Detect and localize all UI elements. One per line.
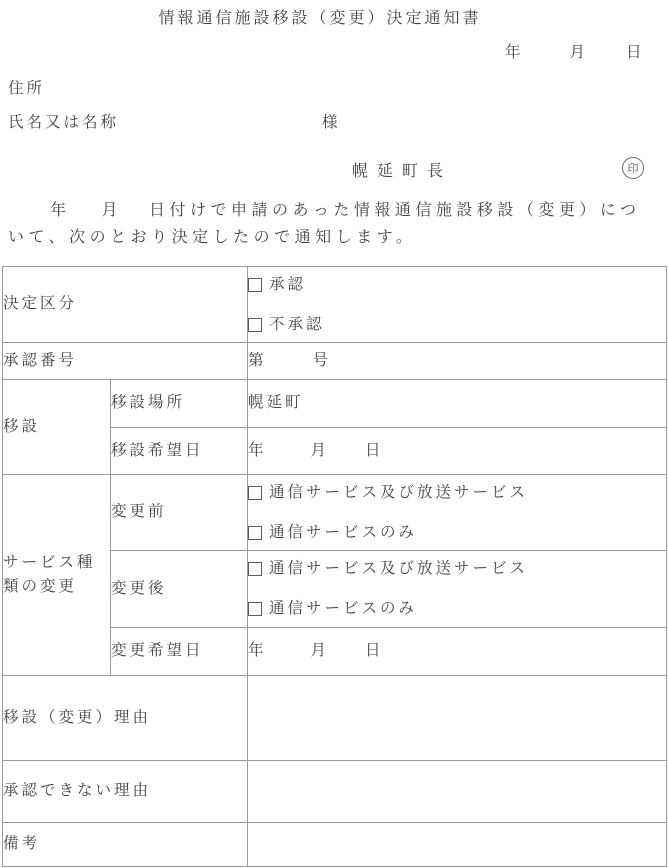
approval-number-label-cell: 承認番号: [3, 343, 248, 380]
approval-number-suffix: 号: [313, 352, 332, 369]
address-label: 住所: [8, 76, 45, 98]
table-row-remarks: 備考: [3, 823, 667, 867]
relocation-date-label: 移設希望日: [111, 442, 204, 459]
approval-number-value-cell: 第号: [248, 343, 667, 380]
relocation-reason-label-cell: 移設（変更）理由: [3, 676, 248, 761]
seal-label: 印: [628, 160, 639, 176]
document-page: 情報通信施設移設（変更）決定通知書 年月日 住所 氏名又は名称様 幌延町長 印 …: [0, 0, 668, 868]
service-after-label-cell: 変更後: [111, 551, 248, 628]
decision-option-approve: 承認: [248, 274, 666, 296]
issue-date-year-label: 年: [505, 44, 521, 61]
rejection-reason-label-cell: 承認できない理由: [3, 761, 248, 823]
option-label: 不承認: [269, 313, 325, 337]
relocation-date-value-cell: 年月日: [248, 428, 667, 475]
relocation-place-value-cell: 幌延町: [248, 380, 667, 428]
rejection-reason-label: 承認できない理由: [3, 782, 151, 799]
issue-date-day-label: 日: [626, 44, 642, 61]
decision-label-cell: 決定区分: [3, 267, 248, 343]
option-label: 承認: [269, 273, 306, 297]
honorific-label: 様: [322, 114, 341, 131]
approval-number-prefix: 第: [248, 352, 267, 369]
table-row-relocation-place: 移設 移設場所 幌延町: [3, 380, 667, 428]
table-row-relocation-reason: 移設（変更）理由: [3, 676, 667, 761]
checkbox-unchecked-icon: [248, 602, 262, 616]
date-month-label: 月: [311, 442, 330, 459]
document-title: 情報通信施設移設（変更）決定通知書: [0, 5, 640, 28]
issuer-title: 幌延町長: [352, 158, 452, 181]
issue-date-month-label: 月: [570, 44, 586, 61]
service-before-option-both: 通信サービス及び放送サービス: [248, 482, 666, 504]
name-label: 氏名又は名称: [8, 114, 119, 131]
relocation-reason-label: 移設（変更）理由: [3, 709, 151, 726]
decision-option-reject: 不承認: [248, 314, 666, 336]
decision-form-table: 決定区分 承認 不承認 承認番号 第号: [2, 266, 667, 867]
relocation-group-label-cell: 移設: [3, 380, 111, 475]
option-label: 通信サービスのみ: [269, 521, 417, 545]
date-year-label: 年: [248, 442, 267, 459]
remarks-label-cell: 備考: [3, 823, 248, 867]
body-line-1: 年月日付けで申請のあった情報通信施設移設（変更）につ: [8, 197, 662, 224]
body-line-2: いて、次のとおり決定したので通知します。: [8, 224, 662, 251]
relocation-group-label: 移設: [3, 418, 40, 435]
date-month-label: 月: [311, 642, 330, 659]
checkbox-unchecked-icon: [248, 278, 262, 292]
option-label: 通信サービスのみ: [269, 597, 417, 621]
change-date-value-cell: 年月日: [248, 628, 667, 676]
relocation-place-label: 移設場所: [111, 394, 185, 411]
change-date-label-cell: 変更希望日: [111, 628, 248, 676]
checkbox-unchecked-icon: [248, 526, 262, 540]
table-row-service-before: サービス種類の変更 変更前 通信サービス及び放送サービス 通信サービスのみ: [3, 475, 667, 551]
option-label: 通信サービス及び放送サービス: [269, 557, 528, 581]
service-after-option-both: 通信サービス及び放送サービス: [248, 558, 666, 580]
table-row-decision: 決定区分 承認 不承認: [3, 267, 667, 343]
relocation-place-label-cell: 移設場所: [111, 380, 248, 428]
service-before-options-cell: 通信サービス及び放送サービス 通信サービスのみ: [248, 475, 667, 551]
checkbox-unchecked-icon: [248, 486, 262, 500]
date-day-label: 日: [365, 442, 384, 459]
service-after-option-comm-only: 通信サービスのみ: [248, 598, 666, 620]
checkbox-unchecked-icon: [248, 318, 262, 332]
date-year-label: 年: [248, 642, 267, 659]
table-row-approval-number: 承認番号 第号: [3, 343, 667, 380]
service-after-label: 変更後: [111, 580, 167, 597]
service-before-option-comm-only: 通信サービスのみ: [248, 522, 666, 544]
body-line-1-text: 日付けで申請のあった情報通信施設移設（変更）につ: [149, 202, 641, 219]
decision-options-cell: 承認 不承認: [248, 267, 667, 343]
date-day-label: 日: [365, 642, 384, 659]
seal-icon: 印: [622, 157, 644, 179]
relocation-date-label-cell: 移設希望日: [111, 428, 248, 475]
table-row-rejection-reason: 承認できない理由: [3, 761, 667, 823]
service-before-label: 変更前: [111, 503, 167, 520]
relocation-reason-value-cell: [248, 676, 667, 761]
remarks-label: 備考: [3, 835, 40, 852]
service-after-options-cell: 通信サービス及び放送サービス 通信サービスのみ: [248, 551, 667, 628]
recipient-name-line: 氏名又は名称様: [8, 110, 341, 132]
body-year-label: 年: [50, 202, 71, 219]
checkbox-unchecked-icon: [248, 562, 262, 576]
decision-label: 決定区分: [3, 295, 77, 312]
relocation-place-value: 幌延町: [248, 394, 304, 411]
issue-date-line: 年月日: [505, 40, 642, 62]
remarks-value-cell: [248, 823, 667, 867]
option-label: 通信サービス及び放送サービス: [269, 481, 528, 505]
service-change-group-label: サービス種類の変更: [3, 554, 96, 595]
body-month-label: 月: [102, 202, 123, 219]
service-change-group-label-cell: サービス種類の変更: [3, 475, 111, 676]
service-before-label-cell: 変更前: [111, 475, 248, 551]
approval-number-label: 承認番号: [3, 352, 77, 369]
body-paragraph: 年月日付けで申請のあった情報通信施設移設（変更）につ いて、次のとおり決定したの…: [8, 197, 662, 251]
rejection-reason-value-cell: [248, 761, 667, 823]
change-date-label: 変更希望日: [111, 642, 204, 659]
